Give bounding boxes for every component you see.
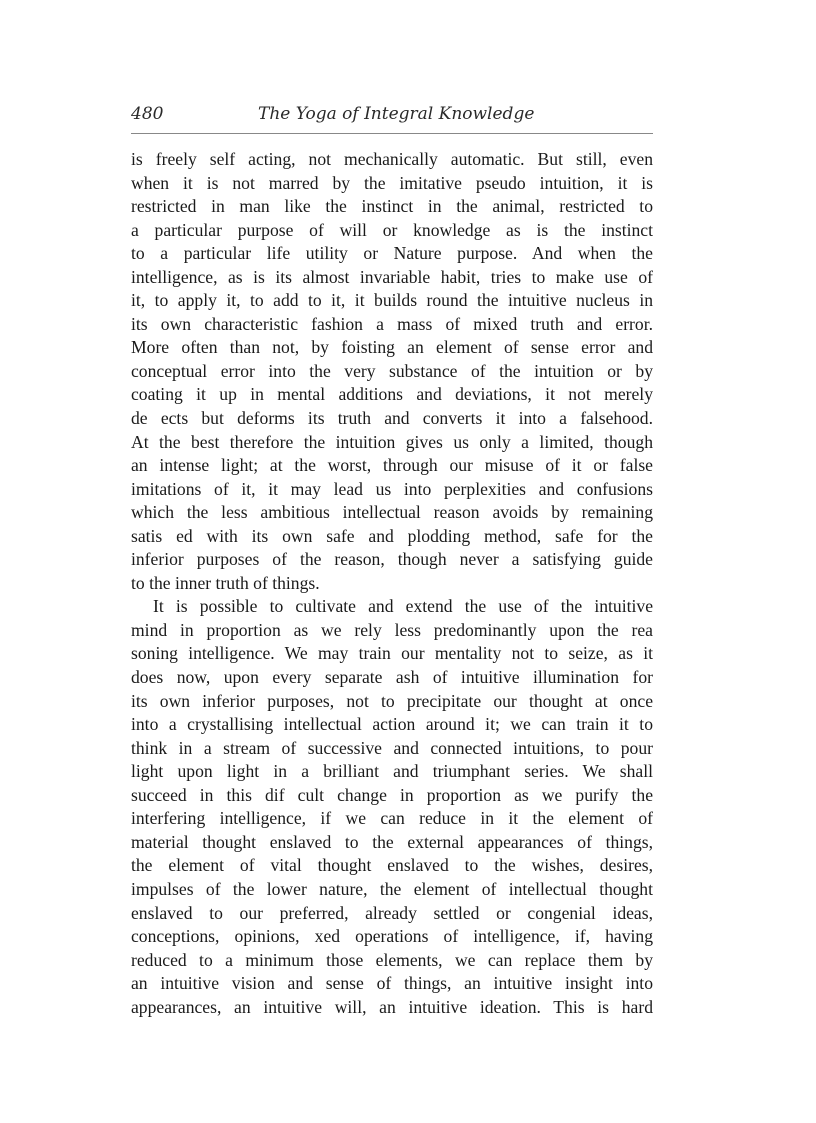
text-line: coating it up in mental additions and de… (131, 383, 653, 407)
header-rule (131, 133, 653, 134)
text-line: when it is not marred by the imitative p… (131, 172, 653, 196)
text-line: the element of vital thought enslaved to… (131, 854, 653, 878)
document-page: 480 The Yoga of Integral Knowledge is fr… (0, 0, 816, 1123)
paragraph-first-line: It is possible to cultivate and extend t… (131, 595, 653, 619)
text-line: inferior purposes of the reason, though … (131, 548, 653, 572)
text-line: imitations of it, it may lead us into pe… (131, 478, 653, 502)
text-line: conceptions, opinions, xed operations of… (131, 925, 653, 949)
text-line: light upon light in a brilliant and triu… (131, 760, 653, 784)
body-text: is freely self acting, not mechanically … (131, 148, 653, 1019)
text-line: to a particular life utility or Nature p… (131, 242, 653, 266)
text-line: satis ed with its own safe and plodding … (131, 525, 653, 549)
text-line: conceptual error into the very substance… (131, 360, 653, 384)
text-line: material thought enslaved to the externa… (131, 831, 653, 855)
text-line: an intense light; at the worst, through … (131, 454, 653, 478)
text-line: enslaved to our preferred, already settl… (131, 902, 653, 926)
text-line: its own characteristic fashion a mass of… (131, 313, 653, 337)
text-line: soning intelligence. We may train our me… (131, 642, 653, 666)
text-line: impulses of the lower nature, the elemen… (131, 878, 653, 902)
text-line: does now, upon every separate ash of int… (131, 666, 653, 690)
text-line: is freely self acting, not mechanically … (131, 148, 653, 172)
text-line: interfering intelligence, if we can redu… (131, 807, 653, 831)
text-line: its own inferior purposes, not to precip… (131, 690, 653, 714)
text-line: reduced to a minimum those elements, we … (131, 949, 653, 973)
text-line: More often than not, by foisting an elem… (131, 336, 653, 360)
text-line: which the less ambitious intellectual re… (131, 501, 653, 525)
text-line: intelligence, as is its almost invariabl… (131, 266, 653, 290)
text-line: think in a stream of successive and conn… (131, 737, 653, 761)
text-line: appearances, an intuitive will, an intui… (131, 996, 653, 1020)
paragraph-last-line: to the inner truth of things. (131, 572, 653, 596)
text-line: mind in proportion as we rely less predo… (131, 619, 653, 643)
page-header: 480 The Yoga of Integral Knowledge (131, 104, 653, 128)
text-line: At the best therefore the intuition give… (131, 431, 653, 455)
text-line: a particular purpose of will or knowledg… (131, 219, 653, 243)
page-number: 480 (131, 104, 163, 124)
running-title: The Yoga of Integral Knowledge (258, 104, 534, 124)
text-line: into a crystallising intellectual action… (131, 713, 653, 737)
text-line: it, to apply it, to add to it, it builds… (131, 289, 653, 313)
text-line: de ects but deforms its truth and conver… (131, 407, 653, 431)
text-line: restricted in man like the instinct in t… (131, 195, 653, 219)
text-line: succeed in this dif cult change in propo… (131, 784, 653, 808)
text-line: an intuitive vision and sense of things,… (131, 972, 653, 996)
